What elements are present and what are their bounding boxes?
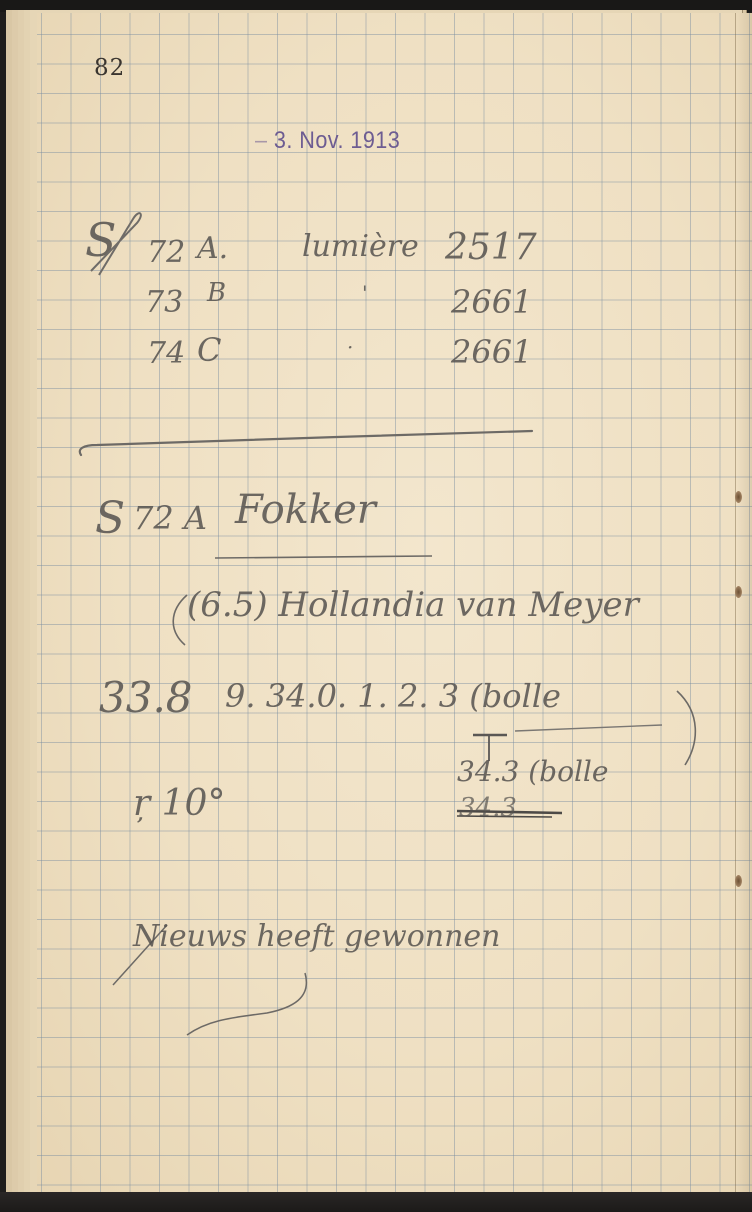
stamp-date: 3. Nov. 1913 <box>274 127 400 154</box>
row-letter: B <box>207 278 226 308</box>
binding-hole-icon <box>735 491 742 503</box>
notebook-page: 82 – 3. Nov. 1913 S 72 A. lumière 2517 7… <box>37 13 752 1193</box>
temperature-note: ŗ 10° <box>133 783 225 824</box>
struck-value: 34.3 <box>459 793 517 823</box>
row-label: lumière <box>302 229 419 264</box>
row-value: 2661 <box>451 333 532 371</box>
measurement-correction: 34.3 (bolle <box>457 755 608 788</box>
section2-subtitle: (6.5) Hollandia van Meyer <box>187 585 639 625</box>
row-letter: A. <box>197 231 228 266</box>
row-value: 2661 <box>451 283 532 321</box>
measurement-value: 33.8 <box>99 673 193 722</box>
row-label: ' <box>362 281 368 305</box>
closing-note: Nieuws heeft gewonnen <box>133 919 500 954</box>
measurement-series: 9. 34.0. 1. 2. 3 (bolle <box>225 677 561 715</box>
row-label: · <box>347 335 353 359</box>
row-num: 73 <box>145 285 183 320</box>
book-cover-bottom <box>0 1192 752 1212</box>
section1-symbol: S <box>85 213 117 267</box>
row-value: 2517 <box>445 227 537 268</box>
date-stamp: – 3. Nov. 1913 <box>255 127 400 155</box>
binding-hole-icon <box>735 875 742 887</box>
row-num: 72 <box>147 235 185 270</box>
page-binding-fold <box>735 13 752 1193</box>
section2-heading-num: 72 A <box>133 499 207 537</box>
page-number: 82 <box>94 55 125 81</box>
row-letter: C <box>197 331 221 369</box>
row-num: 74 <box>147 336 185 371</box>
stamp-prefix: – <box>255 127 267 154</box>
section2-symbol: S <box>95 493 125 544</box>
section2-heading-word: Fokker <box>235 487 376 533</box>
binding-hole-icon <box>735 586 742 598</box>
